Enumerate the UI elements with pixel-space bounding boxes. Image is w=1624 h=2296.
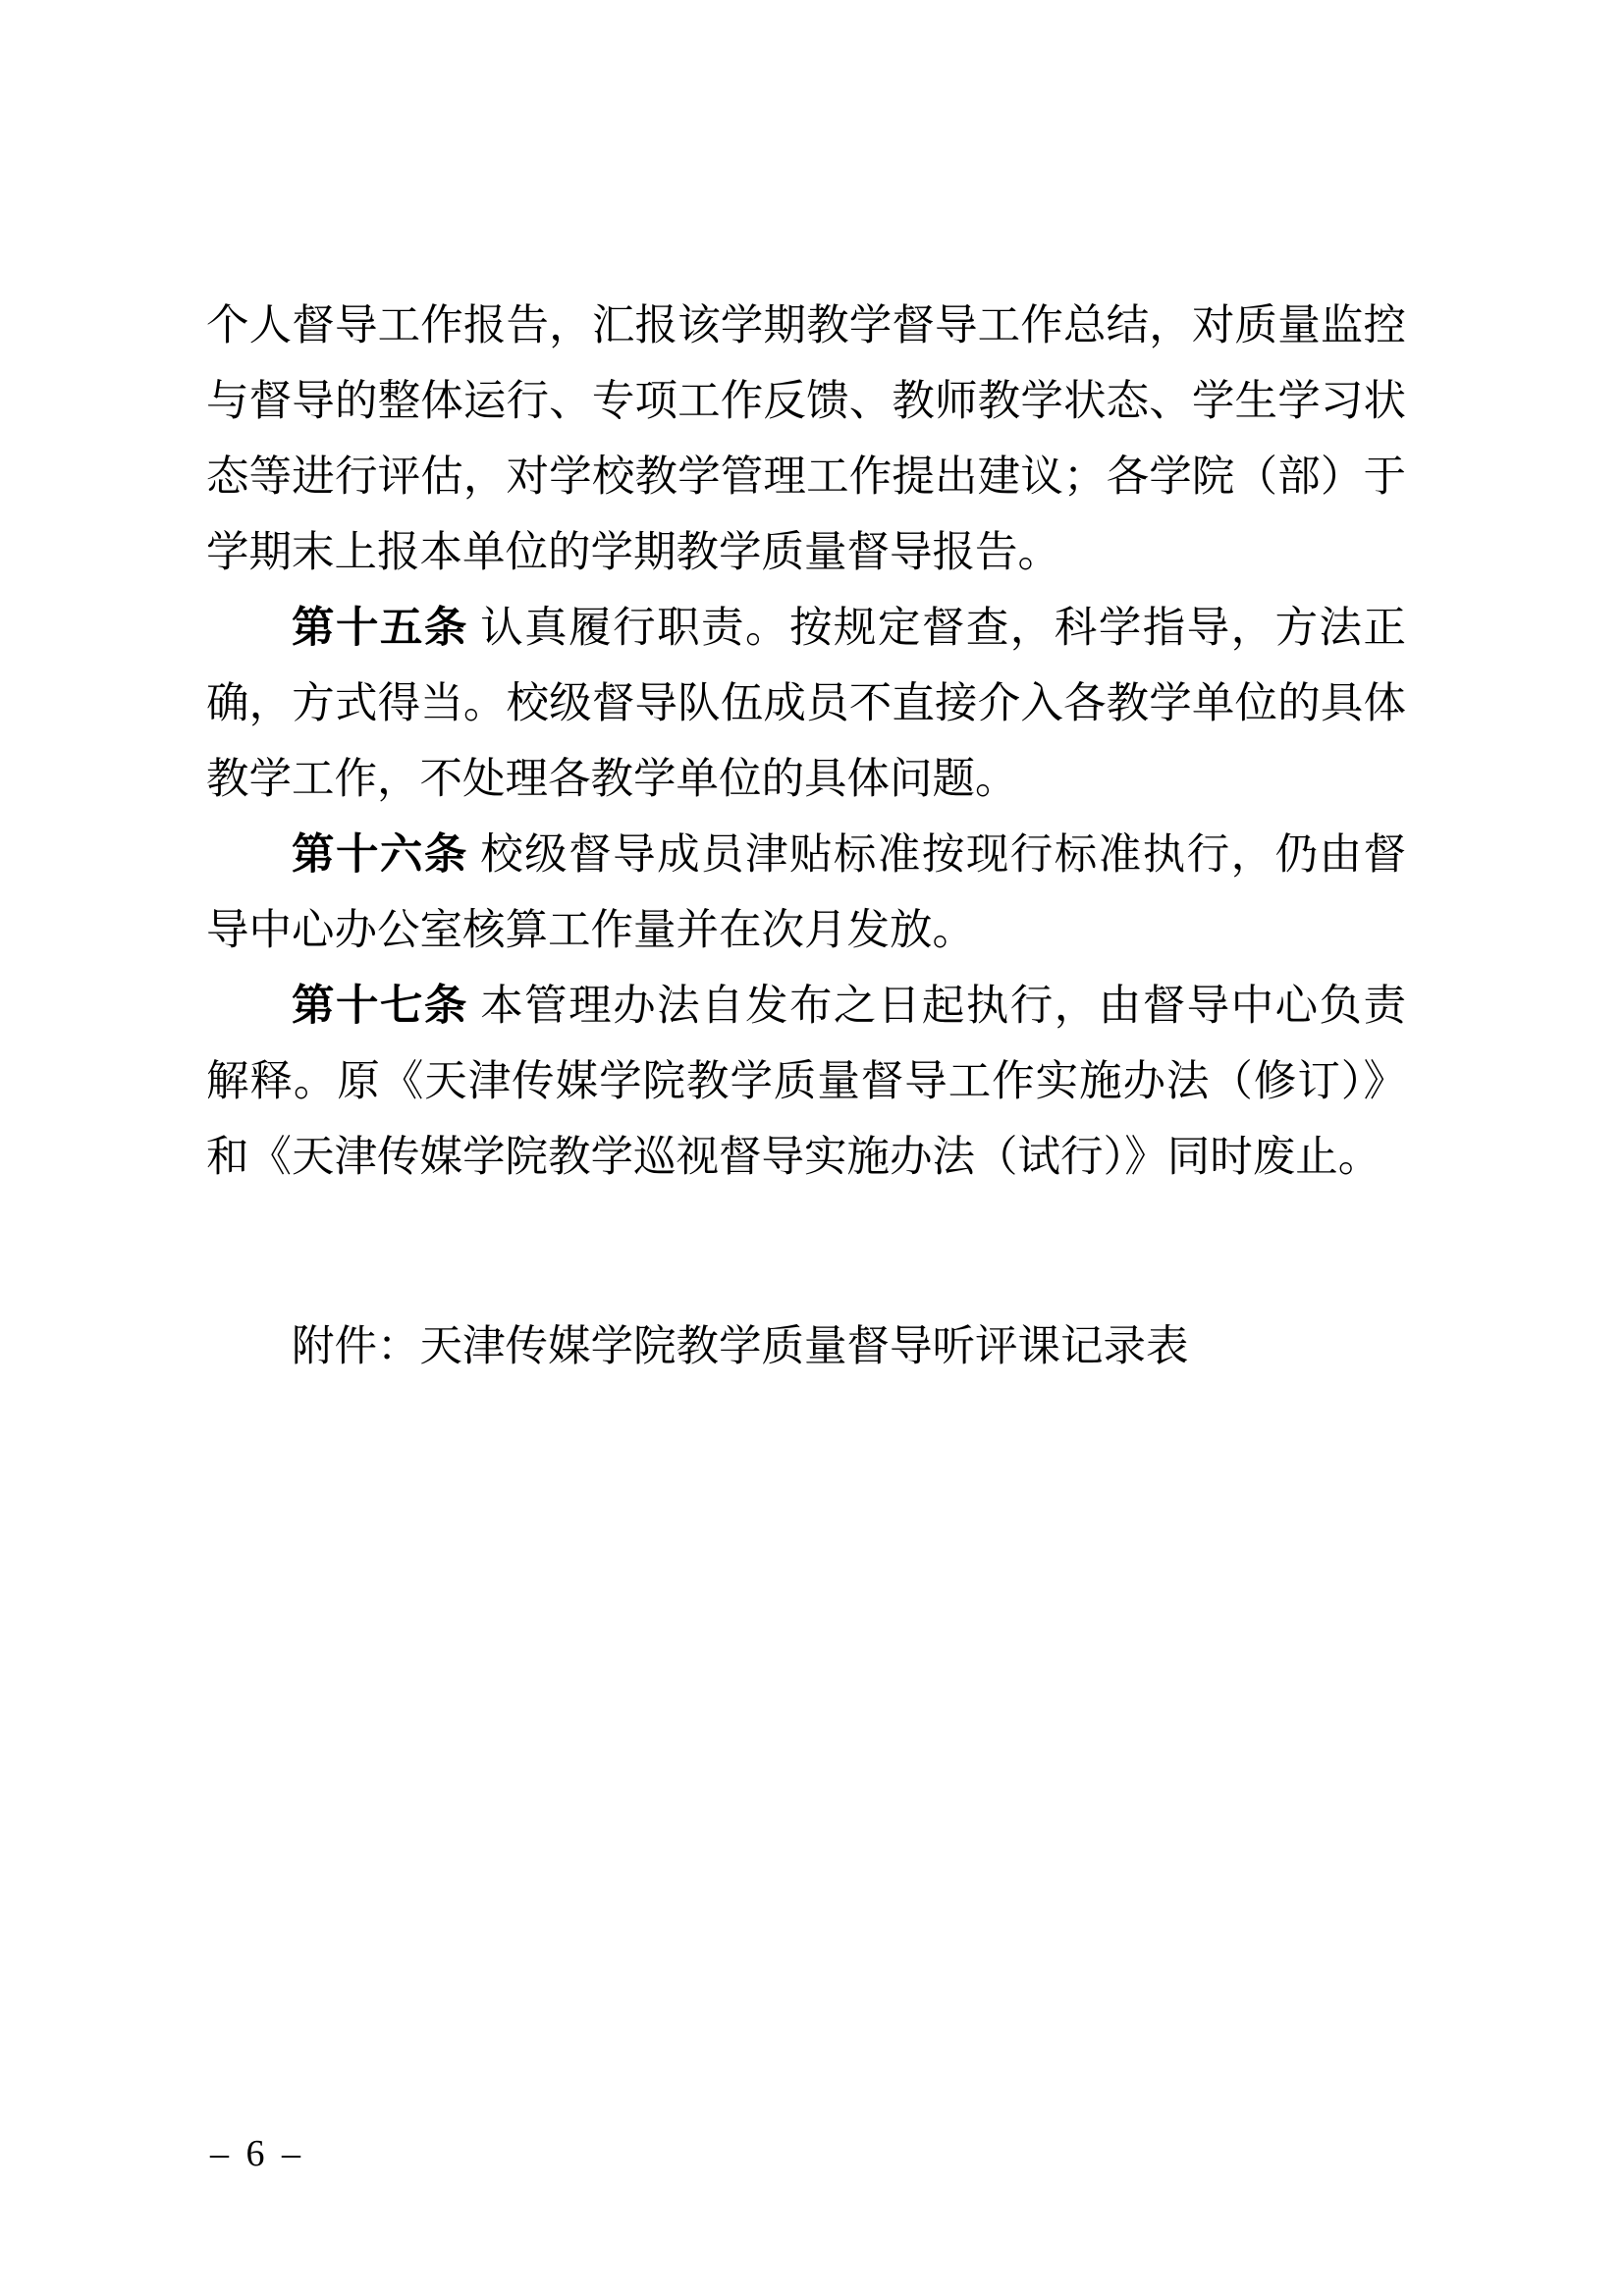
- line-text: 认真履行职责。按规定督查，科学指导，方法正: [468, 605, 1406, 652]
- paragraph-line: 态等进行评估，对学校教学管理工作提出建议；各学院（部）于: [206, 440, 1406, 515]
- paragraph-line: 确，方式得当。校级督导队伍成员不直接介入各教学单位的具体: [206, 667, 1406, 742]
- paragraph-line: 与督导的整体运行、专项工作反馈、教师教学状态、学生学习状: [206, 364, 1406, 440]
- line-text: 与督导的整体运行、专项工作反馈、教师教学状态、学生学习状: [206, 378, 1406, 425]
- line-text: 个人督导工作报告，汇报该学期教学督导工作总结，对质量监控: [206, 302, 1406, 349]
- blank-space: [206, 1196, 1406, 1309]
- paragraph-line: 导中心办公室核算工作量并在次月发放。: [206, 893, 1406, 969]
- article-line-17: 第十七条 本管理办法自发布之日起执行，由督导中心负责: [206, 969, 1406, 1044]
- paragraph-line: 和《天津传媒学院教学巡视督导实施办法（试行）》同时废止。: [206, 1120, 1406, 1196]
- line-text: 校级督导成员津贴标准按现行标准执行，仍由督: [468, 831, 1406, 879]
- line-text: 态等进行评估，对学校教学管理工作提出建议；各学院（部）于: [206, 454, 1406, 501]
- paragraph-line: 个人督导工作报告，汇报该学期教学督导工作总结，对质量监控: [206, 289, 1406, 364]
- paragraph-line: 学期末上报本单位的学期教学质量督导报告。: [206, 515, 1406, 591]
- article-number: 第十五条: [292, 605, 468, 652]
- article-line-16: 第十六条 校级督导成员津贴标准按现行标准执行，仍由督: [206, 818, 1406, 893]
- line-text: 附件：天津传媒学院教学质量督导听评课记录表: [292, 1323, 1189, 1370]
- attachment-line: 附件：天津传媒学院教学质量督导听评课记录表: [206, 1309, 1406, 1385]
- article-number: 第十七条: [292, 983, 468, 1030]
- line-text: 确，方式得当。校级督导队伍成员不直接介入各教学单位的具体: [206, 680, 1406, 727]
- document-page: 个人督导工作报告，汇报该学期教学督导工作总结，对质量监控 与督导的整体运行、专项…: [0, 0, 1624, 2296]
- line-text: 解释。原《天津传媒学院教学质量督导工作实施办法（修订）》: [206, 1058, 1406, 1105]
- article-line-15: 第十五条 认真履行职责。按规定督查，科学指导，方法正: [206, 591, 1406, 667]
- line-text: 教学工作，不处理各教学单位的具体问题。: [206, 756, 1018, 803]
- line-text: 本管理办法自发布之日起执行，由督导中心负责: [468, 983, 1406, 1030]
- text-block: 个人督导工作报告，汇报该学期教学督导工作总结，对质量监控 与督导的整体运行、专项…: [206, 289, 1406, 1385]
- line-text: 导中心办公室核算工作量并在次月发放。: [206, 907, 975, 954]
- line-text: 和《天津传媒学院教学巡视督导实施办法（试行）》同时废止。: [206, 1134, 1380, 1181]
- paragraph-line: 教学工作，不处理各教学单位的具体问题。: [206, 742, 1406, 818]
- page-number: – 6 –: [210, 2134, 300, 2173]
- article-number: 第十六条: [292, 831, 468, 879]
- line-text: 学期末上报本单位的学期教学质量督导报告。: [206, 529, 1060, 576]
- paragraph-line: 解释。原《天津传媒学院教学质量督导工作实施办法（修订）》: [206, 1044, 1406, 1120]
